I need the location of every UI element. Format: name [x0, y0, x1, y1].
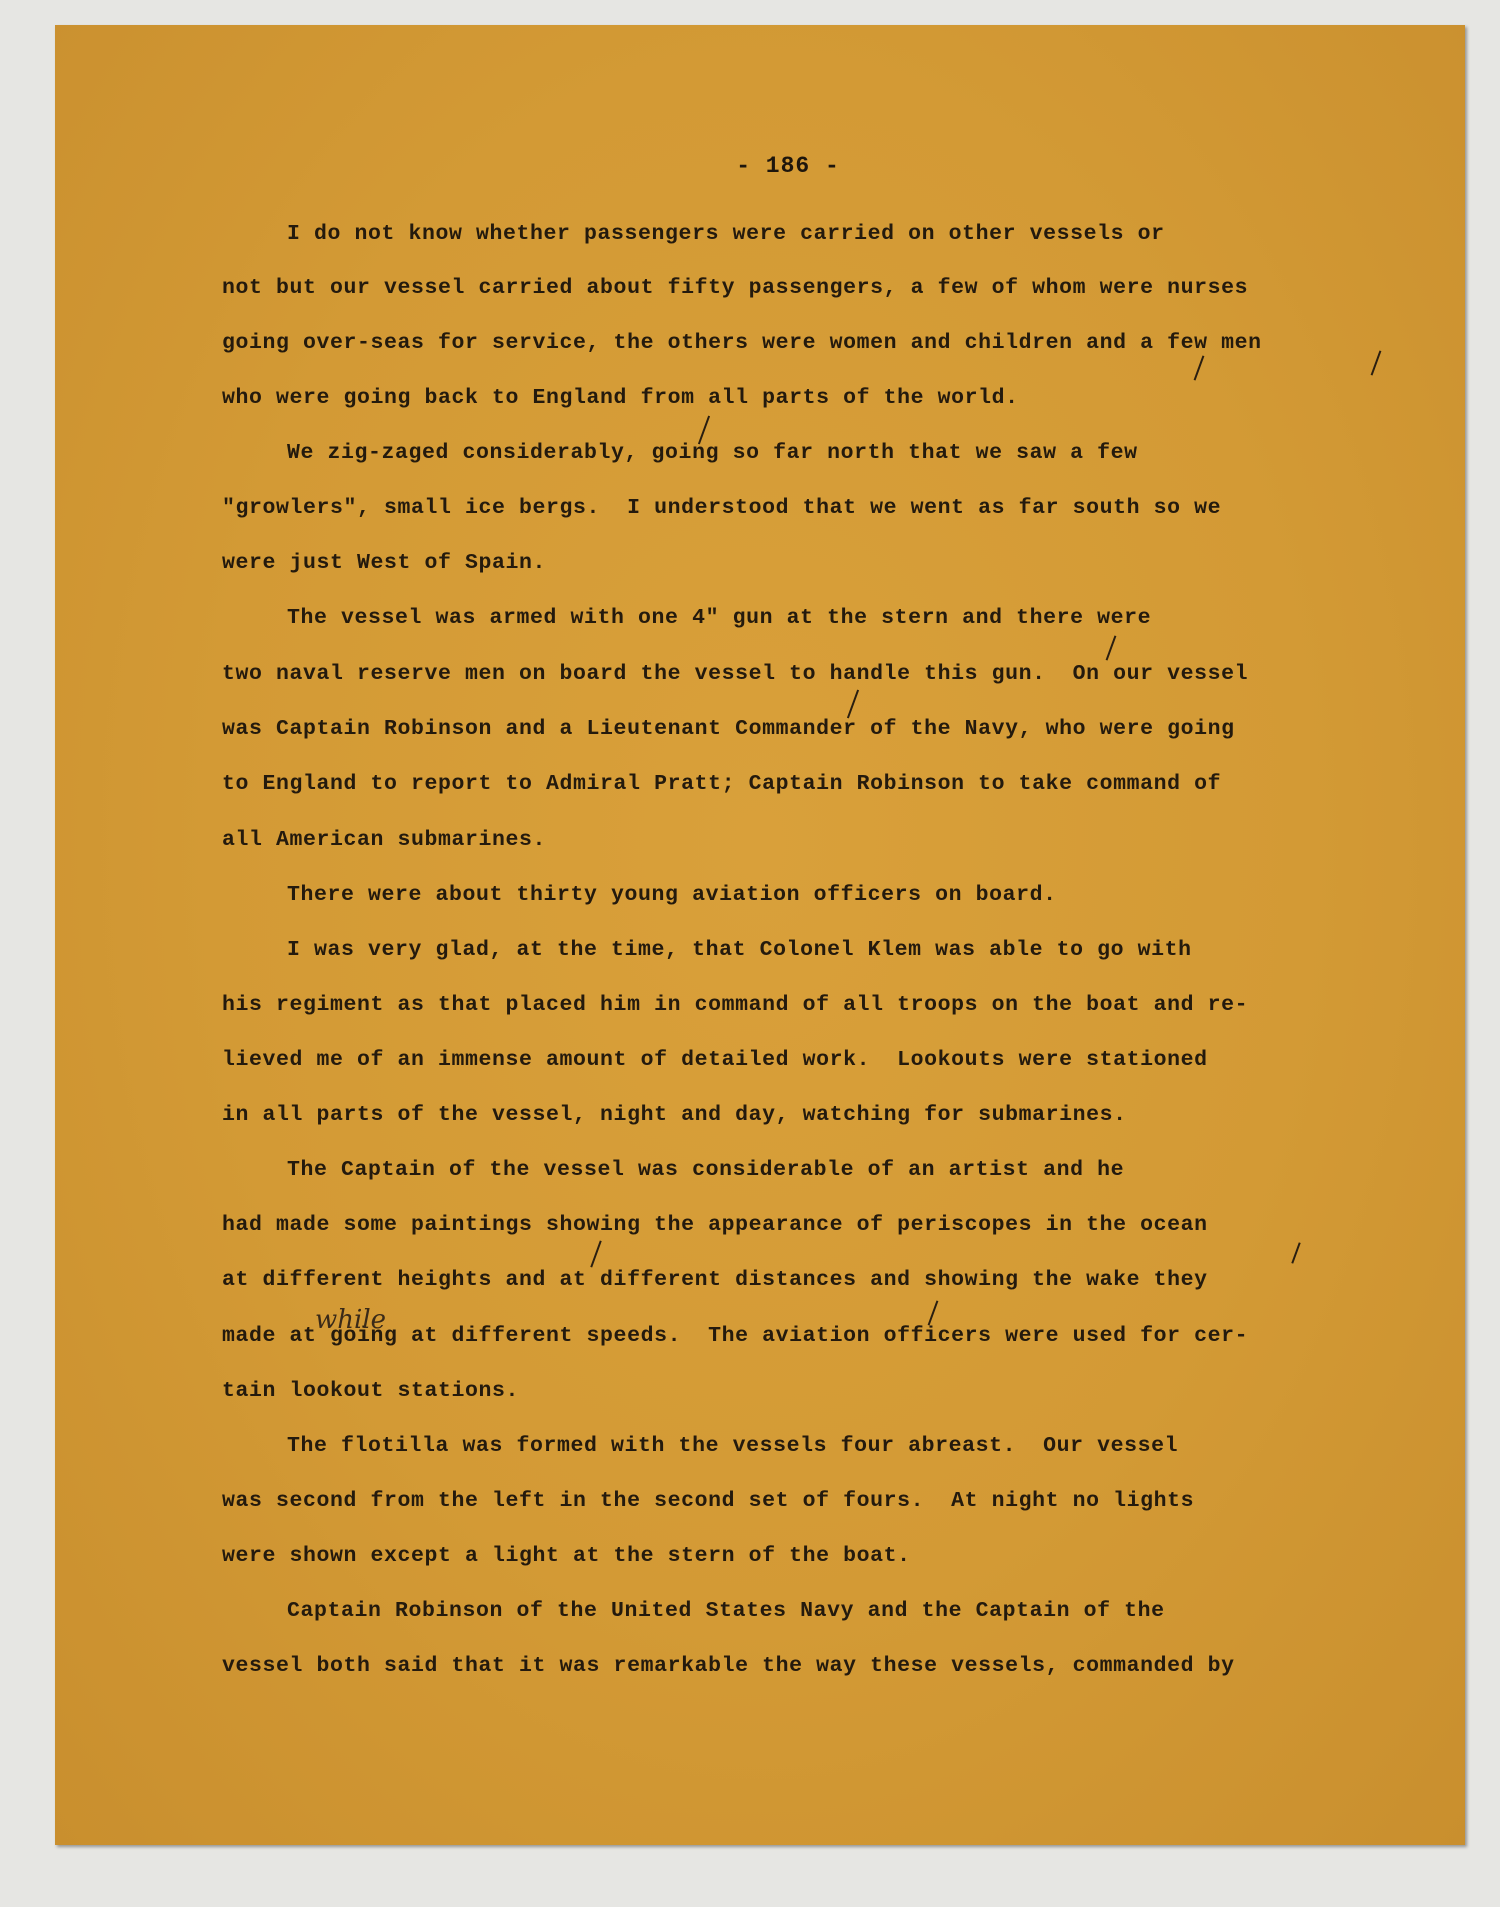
text-line: his regiment as that placed him in comma…	[222, 995, 1248, 1017]
handwritten-comma-mark	[1106, 635, 1117, 660]
page-number: - 186 -	[83, 153, 1493, 179]
text-line: to England to report to Admiral Pratt; C…	[222, 774, 1221, 796]
text-line: The vessel was armed with one 4" gun at …	[287, 608, 1151, 630]
text-line: were shown except a light at the stern o…	[222, 1546, 911, 1568]
text-line: vessel both said that it was remarkable …	[222, 1656, 1235, 1678]
text-line: was Captain Robinson and a Lieutenant Co…	[222, 719, 1235, 741]
text-line: The Captain of the vessel was considerab…	[287, 1160, 1124, 1182]
text-line: There were about thirty young aviation o…	[287, 885, 1057, 907]
document-page: - 186 - I do not know whether passengers…	[55, 25, 1465, 1845]
text-line: all American submarines.	[222, 830, 546, 852]
text-line: in all parts of the vessel, night and da…	[222, 1105, 1127, 1127]
text-line: We zig-zaged considerably, going so far …	[287, 443, 1138, 465]
handwritten-comma-mark	[1291, 1242, 1300, 1263]
text-line: two naval reserve men on board the vesse…	[222, 664, 1248, 686]
text-line: going over-seas for service, the others …	[222, 333, 1262, 355]
text-line: not but our vessel carried about fifty p…	[222, 278, 1248, 300]
text-line: at different heights and at different di…	[222, 1270, 1208, 1292]
text-line: I was very glad, at the time, that Colon…	[287, 940, 1192, 962]
text-line: had made some paintings showing the appe…	[222, 1215, 1208, 1237]
handwritten-annotation: while	[315, 1305, 386, 1335]
text-line: Captain Robinson of the United States Na…	[287, 1601, 1165, 1623]
text-line: tain lookout stations.	[222, 1381, 519, 1403]
text-line: who were going back to England from all …	[222, 388, 1019, 410]
handwritten-comma-mark	[928, 1300, 939, 1325]
handwritten-comma-mark	[1194, 355, 1205, 380]
text-line: I do not know whether passengers were ca…	[287, 224, 1165, 246]
handwritten-comma-mark	[847, 690, 859, 719]
text-line: The flotilla was formed with the vessels…	[287, 1436, 1178, 1458]
handwritten-comma-mark	[590, 1241, 601, 1268]
text-line: lieved me of an immense amount of detail…	[222, 1050, 1208, 1072]
text-line: was second from the left in the second s…	[222, 1491, 1194, 1513]
handwritten-comma-mark	[1371, 350, 1382, 375]
text-line: "growlers", small ice bergs. I understoo…	[222, 498, 1221, 520]
text-line: were just West of Spain.	[222, 553, 546, 575]
